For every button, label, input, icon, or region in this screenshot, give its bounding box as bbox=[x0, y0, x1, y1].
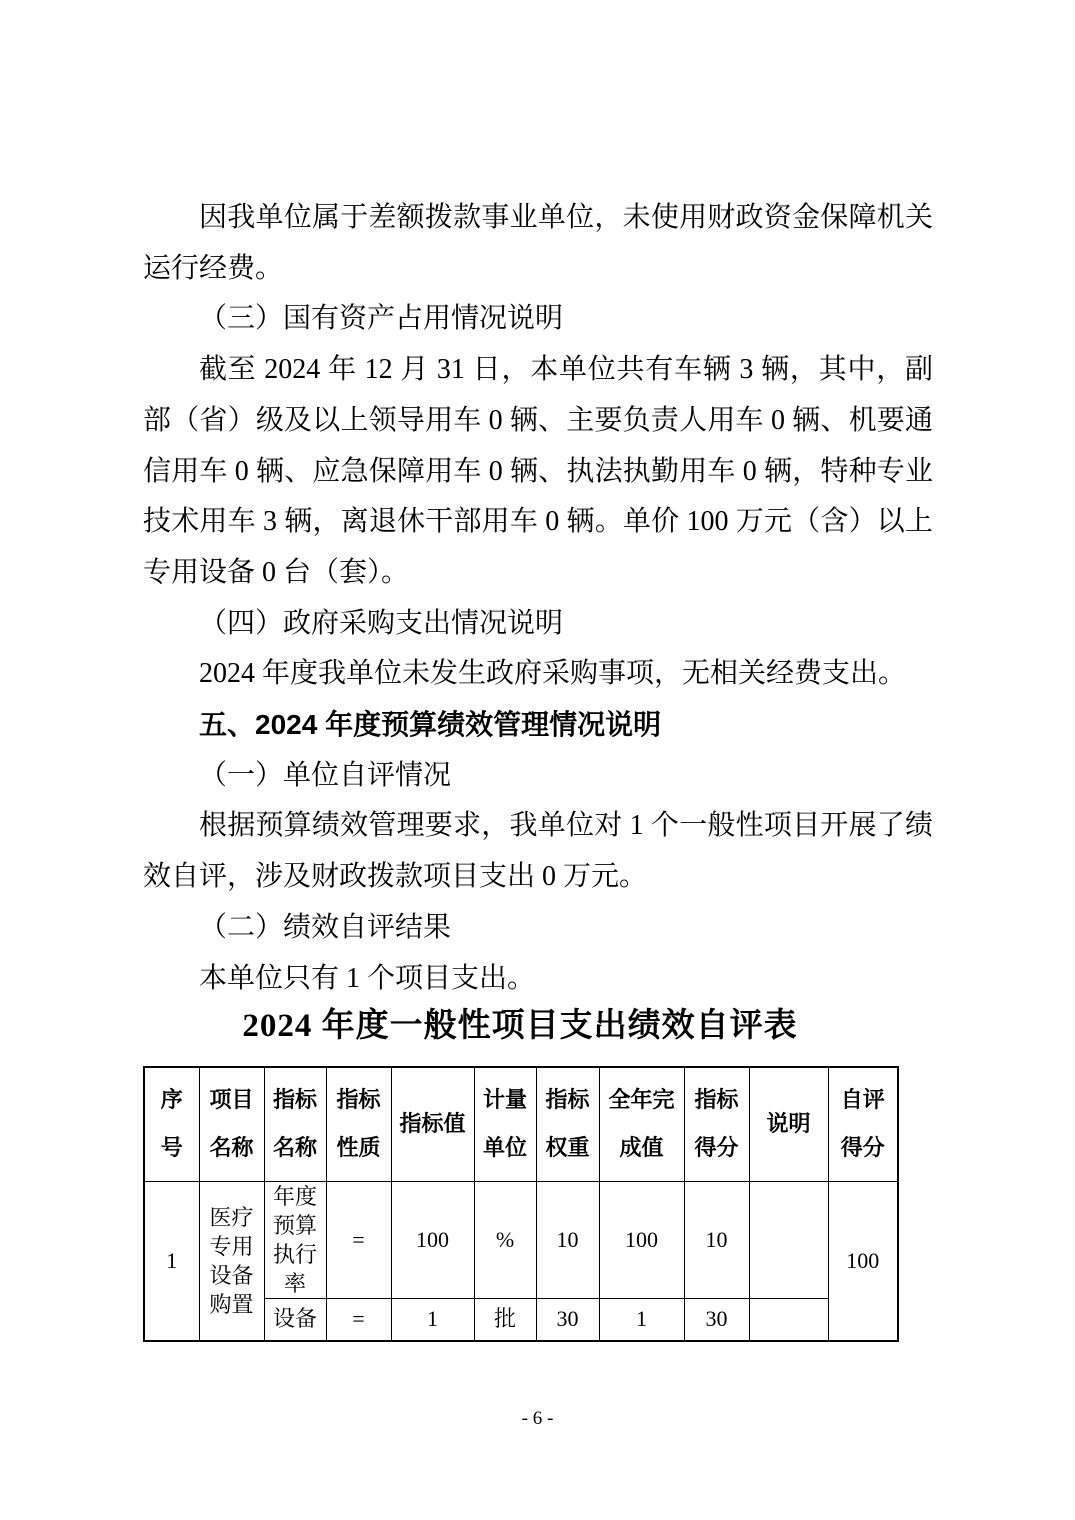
text-line: 本单位只有 1 个项目支出。 bbox=[143, 954, 933, 1005]
text-line: 运行经费。 bbox=[143, 244, 933, 295]
page-number: - 6 - bbox=[0, 1408, 1075, 1430]
text-line: （一）单位自评情况 bbox=[143, 751, 933, 802]
header-measure-unit: 计量 单位 bbox=[474, 1067, 536, 1181]
cell-indicator-nature: = bbox=[326, 1298, 391, 1341]
text-line: 技术用车 3 辆，离退休干部用车 0 辆。单价 100 万元（含）以上 bbox=[143, 497, 933, 548]
cell-measure-unit: % bbox=[474, 1181, 536, 1298]
text-line: （三）国有资产占用情况说明 bbox=[143, 294, 933, 345]
text-line: 信用车 0 辆、应急保障用车 0 辆、执法执勤用车 0 辆，特种专业 bbox=[143, 447, 933, 498]
cell-indicator-score: 10 bbox=[684, 1181, 749, 1298]
section-heading: （四）政府采购支出情况说明 bbox=[143, 599, 933, 650]
cell-indicator-value: 1 bbox=[391, 1298, 474, 1341]
text-line: 根据预算绩效管理要求，我单位对 1 个一般性项目开展了绩 bbox=[143, 801, 933, 852]
cell-seq: 1 bbox=[144, 1181, 199, 1341]
cell-annual-completion: 1 bbox=[599, 1298, 684, 1341]
cell-self-score: 100 bbox=[828, 1181, 898, 1341]
text-line: （二）绩效自评结果 bbox=[143, 903, 933, 954]
cell-measure-unit: 批 bbox=[474, 1298, 536, 1341]
header-project-name: 项目 名称 bbox=[199, 1067, 264, 1181]
table-title: 2024 年度一般性项目支出绩效自评表 bbox=[143, 1004, 897, 1048]
performance-self-eval-table: 序 号 项目 名称 指标 名称 指标 性质 指标值 计量 单位 指标 权重 全年… bbox=[143, 1066, 899, 1342]
cell-note bbox=[749, 1181, 828, 1298]
header-seq: 序 号 bbox=[144, 1067, 199, 1181]
text-line: 2024 年度我单位未发生政府采购事项，无相关经费支出。 bbox=[143, 649, 933, 700]
cell-annual-completion: 100 bbox=[599, 1181, 684, 1298]
text-line: 因我单位属于差额拨款事业单位，未使用财政资金保障机关 bbox=[143, 193, 933, 244]
paragraph: 2024 年度我单位未发生政府采购事项，无相关经费支出。 bbox=[143, 649, 933, 700]
cell-indicator-nature: = bbox=[326, 1181, 391, 1298]
paragraph: 根据预算绩效管理要求，我单位对 1 个一般性项目开展了绩 效自评，涉及财政拨款项… bbox=[143, 801, 933, 902]
header-indicator-name: 指标 名称 bbox=[264, 1067, 326, 1181]
header-indicator-value: 指标值 bbox=[391, 1067, 474, 1181]
header-note: 说明 bbox=[749, 1067, 828, 1181]
paragraph: 本单位只有 1 个项目支出。 bbox=[143, 954, 933, 1005]
text-line: 部（省）级及以上领导用车 0 辆、主要负责人用车 0 辆、机要通 bbox=[143, 396, 933, 447]
header-self-score: 自评 得分 bbox=[828, 1067, 898, 1181]
paragraph: 因我单位属于差额拨款事业单位，未使用财政资金保障机关 运行经费。 bbox=[143, 193, 933, 294]
cell-indicator-score: 30 bbox=[684, 1298, 749, 1341]
cell-indicator-weight: 30 bbox=[536, 1298, 599, 1341]
cell-indicator-name: 设备 bbox=[264, 1298, 326, 1341]
header-indicator-nature: 指标 性质 bbox=[326, 1067, 391, 1181]
text-line: 专用设备 0 台（套）。 bbox=[143, 548, 933, 599]
cell-project-name: 医疗 专用 设备 购置 bbox=[199, 1181, 264, 1341]
table-row: 1 医疗 专用 设备 购置 年度 预算 执行 率 = 100 % 10 100 … bbox=[144, 1181, 898, 1298]
header-indicator-weight: 指标 权重 bbox=[536, 1067, 599, 1181]
header-annual-completion: 全年完 成值 bbox=[599, 1067, 684, 1181]
header-indicator-score: 指标 得分 bbox=[684, 1067, 749, 1181]
cell-indicator-weight: 10 bbox=[536, 1181, 599, 1298]
cell-indicator-name: 年度 预算 执行 率 bbox=[264, 1181, 326, 1298]
table-header-row: 序 号 项目 名称 指标 名称 指标 性质 指标值 计量 单位 指标 权重 全年… bbox=[144, 1067, 898, 1181]
section-heading: （三）国有资产占用情况说明 bbox=[143, 294, 933, 345]
text-line: （四）政府采购支出情况说明 bbox=[143, 599, 933, 650]
cell-note bbox=[749, 1298, 828, 1341]
paragraph: 截至 2024 年 12 月 31 日，本单位共有车辆 3 辆，其中，副 部（省… bbox=[143, 345, 933, 599]
section-heading: （一）单位自评情况 bbox=[143, 751, 933, 802]
cell-indicator-value: 100 bbox=[391, 1181, 474, 1298]
section-heading: （二）绩效自评结果 bbox=[143, 903, 933, 954]
document-body: 因我单位属于差额拨款事业单位，未使用财政资金保障机关 运行经费。 （三）国有资产… bbox=[143, 193, 933, 1004]
text-line: 效自评，涉及财政拨款项目支出 0 万元。 bbox=[143, 852, 933, 903]
text-line: 截至 2024 年 12 月 31 日，本单位共有车辆 3 辆，其中，副 bbox=[143, 345, 933, 396]
text-line: 五、2024 年度预算绩效管理情况说明 bbox=[143, 700, 933, 751]
document-page: 因我单位属于差额拨款事业单位，未使用财政资金保障机关 运行经费。 （三）国有资产… bbox=[0, 0, 1075, 1520]
chapter-heading: 五、2024 年度预算绩效管理情况说明 bbox=[143, 700, 933, 751]
